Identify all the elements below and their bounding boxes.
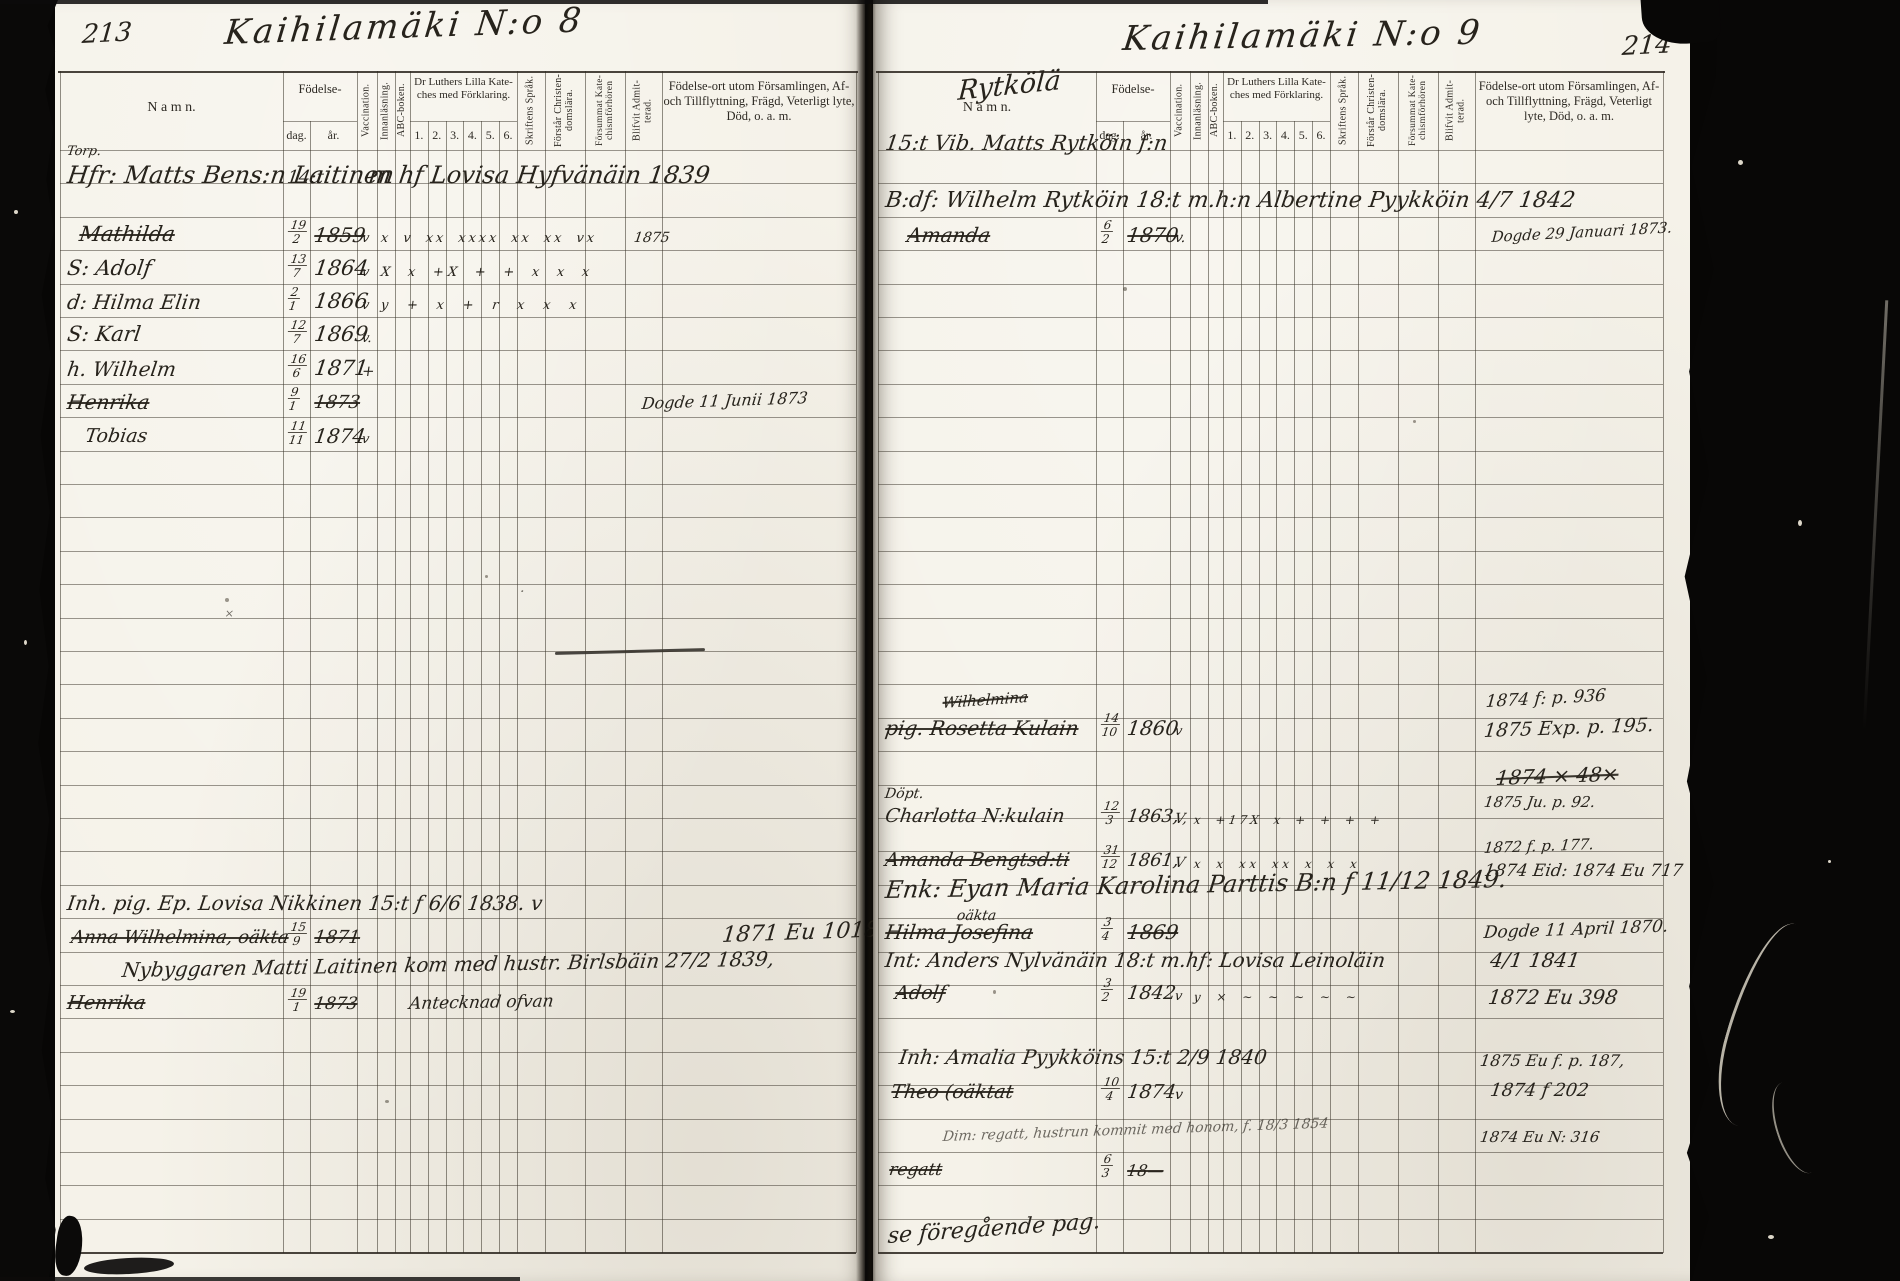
footer-note: se föregående pag. xyxy=(887,1211,1101,1248)
handwritten-entry: 1861, xyxy=(1126,852,1180,870)
grid-line xyxy=(60,150,856,151)
grid-line xyxy=(878,284,1663,285)
handwritten-entry: 1874 xyxy=(1126,1083,1177,1102)
grid-line xyxy=(1123,121,1124,1253)
handwritten-entry: Dim: regatt, hustrun kommit med honom, f… xyxy=(942,1116,1329,1144)
birth-date-fraction: 123 xyxy=(1099,800,1122,826)
handwritten-entry: 1874 f 202 xyxy=(1489,1082,1590,1100)
grid-line xyxy=(60,417,856,418)
handwritten-entry-struck: 1870 xyxy=(1126,225,1180,245)
grid-line xyxy=(60,818,856,819)
grid-line xyxy=(876,71,1665,73)
grid-line xyxy=(60,1085,856,1086)
fraction-numerator: 3 xyxy=(1101,977,1114,990)
column-header-innanlasning: Innanläsning. xyxy=(1190,73,1208,148)
katekes-col-4: 4. xyxy=(1276,128,1294,142)
grid-line xyxy=(878,1219,1663,1220)
handwritten-entry: v. xyxy=(1174,231,1187,245)
grid-line xyxy=(60,785,856,786)
grid-line xyxy=(446,121,447,1253)
grid-line xyxy=(878,1252,1663,1254)
column-header-abc: ABC-boken. xyxy=(1208,73,1223,148)
grid-line xyxy=(1259,121,1260,1253)
column-header-forstar: Förstår Christen-domslära. xyxy=(545,73,585,148)
handwritten-entry: V, xyxy=(1174,812,1188,826)
handwritten-entry: d: Hilma Elin xyxy=(66,292,202,312)
grid-line xyxy=(60,851,856,852)
grid-line xyxy=(60,584,856,585)
column-header-vaccination: Vaccination. xyxy=(1170,73,1190,148)
handwritten-entry: Charlotta N:kulain xyxy=(884,807,1066,826)
birth-date-fraction: 3112 xyxy=(1099,844,1122,870)
handwritten-entry: 14:t xyxy=(286,169,325,187)
grid-line xyxy=(60,217,856,218)
grid-line xyxy=(878,350,1663,351)
katekes-col-5: 5. xyxy=(481,128,499,142)
katekes-col-6: 6. xyxy=(499,128,517,142)
grid-line xyxy=(310,121,311,1253)
birth-date-fraction: 32 xyxy=(1099,977,1114,1003)
ledger-page-left: 213 Kaihilamäki N:o 8 N a m n.Födelse-da… xyxy=(55,0,865,1281)
column-header-innanlasning: Innanläsning. xyxy=(377,73,395,148)
column-header-fodelse: Födelse- xyxy=(1096,82,1170,97)
column-header-blifvit: Blifvit Admit-terad. xyxy=(625,73,662,148)
grid-line xyxy=(58,71,858,73)
grid-line xyxy=(60,618,856,619)
birth-date-fraction: 21 xyxy=(286,286,301,312)
ledger-page-right: 214 Kaihilamäki N:o 9 Rytkölä se föregåe… xyxy=(873,0,1690,1281)
page-title-left: Kaihilamäki N:o 8 xyxy=(223,3,586,50)
handwritten-entry: Torp. xyxy=(66,145,102,158)
fraction-numerator: 11 xyxy=(288,420,309,433)
handwritten-entry: m hf Lovisa Hyfvänäin 1839 xyxy=(367,163,711,187)
fraction-denominator: 1 xyxy=(288,399,297,412)
handwritten-entry-struck: 18— xyxy=(1126,1163,1165,1179)
fraction-numerator: 19 xyxy=(288,987,309,1000)
scan-scratch xyxy=(1702,914,1830,1136)
katekes-col-3: 3. xyxy=(1259,128,1277,142)
grid-line xyxy=(60,1152,856,1153)
grid-line xyxy=(428,121,429,1253)
column-header-katekes: Dr Luthers Lilla Kate-ches med Förklarin… xyxy=(1223,76,1330,102)
grid-line xyxy=(410,71,411,1253)
handwritten-entry: + xyxy=(361,364,376,379)
book-gutter xyxy=(856,0,876,1281)
birth-date-fraction: 192 xyxy=(286,219,309,245)
handwritten-entry-struck: Amanda xyxy=(906,225,992,245)
fraction-numerator: 10 xyxy=(1101,1076,1122,1089)
grid-line xyxy=(878,1152,1663,1153)
grid-line xyxy=(1663,71,1664,1253)
grid-line xyxy=(395,71,396,1253)
grid-line xyxy=(463,121,464,1253)
handwritten-entry: 1875 Exp. p. 195. xyxy=(1483,716,1655,741)
handwritten-entry-struck: pig. Rosetta Kulain xyxy=(884,718,1080,738)
grid-line xyxy=(1475,71,1476,1253)
grid-line xyxy=(878,517,1663,518)
grid-line xyxy=(60,651,856,652)
grid-line xyxy=(878,1018,1663,1019)
column-header-fodelseort: Födelse-ort utom Församlingen, Af- och T… xyxy=(662,79,856,123)
fraction-numerator: 16 xyxy=(288,353,309,366)
katekes-col-2: 2. xyxy=(428,128,446,142)
grid-line xyxy=(625,71,626,1253)
grid-line xyxy=(1096,71,1097,1253)
grid-line xyxy=(60,284,856,285)
handwritten-entry: 1874 Eu N: 316 xyxy=(1479,1130,1600,1145)
fraction-denominator: 3 xyxy=(1101,1166,1110,1179)
grid-line xyxy=(1096,121,1170,122)
handwritten-entry: V xyxy=(1174,856,1186,870)
grid-line xyxy=(878,651,1663,652)
grid-line xyxy=(1398,71,1399,1253)
grid-line xyxy=(60,71,61,1253)
column-header-namn: N a m n. xyxy=(878,100,1096,117)
grid-line xyxy=(1294,121,1295,1253)
scan-edge-right xyxy=(1678,0,1900,1281)
handwritten-entry: S: Karl xyxy=(66,324,142,345)
handwritten-entry: v. xyxy=(361,332,373,345)
grid-line xyxy=(1223,71,1224,1253)
fraction-numerator: 12 xyxy=(1101,800,1122,813)
grid-line xyxy=(517,71,518,1253)
fraction-numerator: 14 xyxy=(1101,712,1122,725)
grid-line xyxy=(60,1018,856,1019)
handwritten-entry-struck: Mathilda xyxy=(78,224,176,245)
grid-line xyxy=(60,918,856,919)
paper-speck xyxy=(1413,420,1416,423)
grid-line xyxy=(60,1185,856,1186)
page-number-left: 213 xyxy=(81,19,133,48)
handwritten-entry: 1874 f: p. 936 xyxy=(1485,688,1607,711)
grid-line xyxy=(878,71,879,1253)
handwritten-entry: y + x + r x x x xyxy=(380,299,582,312)
handwritten-entry-struck: Amanda Bengtsd:ti xyxy=(884,851,1071,870)
scan-scratch xyxy=(1863,300,1889,730)
fraction-denominator: 12 xyxy=(1101,857,1118,870)
grid-line xyxy=(60,250,856,251)
handwritten-entry: Dogde 11 Junii 1873 xyxy=(641,390,809,412)
handwritten-entry-struck: Theo (oäktat xyxy=(890,1083,1015,1102)
handwritten-entry: Inh. pig. Ep. Lovisa Nikkinen 15:t f 6/6… xyxy=(66,893,544,913)
column-header-ar: år. xyxy=(310,128,357,142)
grid-line xyxy=(1241,121,1242,1253)
handwritten-entry: X x +X + + x x x xyxy=(380,266,594,279)
katekes-col-1: 1. xyxy=(410,128,428,142)
fraction-numerator: 3 xyxy=(1101,916,1114,929)
handwritten-entry: Int: Anders Nylvänäin 18:t m.hf: Lovisa … xyxy=(884,950,1387,970)
katekes-col-2: 2. xyxy=(1241,128,1259,142)
grid-line xyxy=(60,751,856,752)
handwritten-entry: v xyxy=(361,433,370,446)
handwritten-entry: v xyxy=(1174,725,1183,738)
fraction-denominator: 4 xyxy=(1101,929,1110,942)
column-header-katekes: Dr Luthers Lilla Kate-ches med Förklarin… xyxy=(410,76,517,102)
handwritten-entry: 1875 Eu f. p. 187, xyxy=(1479,1053,1626,1069)
grid-line xyxy=(60,684,856,685)
handwritten-entry: Nybyggaren Matti Laitinen kom med hustr.… xyxy=(121,949,775,980)
grid-line xyxy=(878,417,1663,418)
grid-line xyxy=(878,484,1663,485)
fraction-numerator: 2 xyxy=(288,286,301,299)
grid-line xyxy=(357,71,358,1253)
fraction-denominator: 7 xyxy=(292,332,301,345)
column-header-fodelseort: Födelse-ort utom Församlingen, Af- och T… xyxy=(1475,79,1663,123)
grid-line xyxy=(878,317,1663,318)
fraction-numerator: 12 xyxy=(288,319,309,332)
handwritten-entry: 1842 xyxy=(1126,984,1177,1003)
handwritten-entry-struck: 1874 × 48× xyxy=(1495,764,1620,788)
grid-line xyxy=(60,551,856,552)
handwritten-entry: S: Adolf xyxy=(66,258,153,279)
handwritten-entry: 1875 xyxy=(633,231,671,245)
grid-line xyxy=(1358,71,1359,1253)
grid-line xyxy=(878,183,1663,184)
fraction-denominator: 4 xyxy=(1105,1089,1114,1102)
grid-line xyxy=(1170,71,1171,1253)
column-header-abc: ABC-boken. xyxy=(395,73,410,148)
grid-line xyxy=(1208,71,1209,1253)
fraction-denominator: 7 xyxy=(292,266,301,279)
handwritten-entry-struck: 1873 xyxy=(313,394,361,412)
grid-line xyxy=(878,551,1663,552)
handwritten-entry: 1874 Eid: 1874 Eu 717 xyxy=(1483,863,1684,880)
katekes-col-4: 4. xyxy=(463,128,481,142)
paper-speck xyxy=(225,598,229,602)
handwritten-entry: Dogde 29 Januari 1873. xyxy=(1491,221,1673,246)
birth-date-fraction: 159 xyxy=(286,921,309,947)
scan-bottom-edge xyxy=(0,1277,520,1281)
fraction-denominator: 2 xyxy=(1101,232,1110,245)
birth-date-fraction: 91 xyxy=(286,386,301,412)
grid-line xyxy=(60,885,856,886)
fraction-numerator: 6 xyxy=(1101,1153,1114,1166)
grid-line xyxy=(878,250,1663,251)
grid-line xyxy=(410,121,517,122)
column-header-skriftens: Skriftens Språk. xyxy=(1330,73,1358,148)
grid-line xyxy=(1276,121,1277,1253)
grid-line xyxy=(1223,121,1330,122)
handwritten-entry: Hfr: Matts Bens:n Laitinen xyxy=(66,163,396,187)
handwritten-entry: B:df: Wilhelm Rytköin 18:t m.h:n Alberti… xyxy=(884,190,1576,212)
grid-line xyxy=(545,71,546,1253)
birth-date-fraction: 166 xyxy=(286,353,309,379)
grid-line xyxy=(60,384,856,385)
grid-line xyxy=(60,451,856,452)
paper-speck xyxy=(485,575,488,578)
fraction-numerator: 31 xyxy=(1101,844,1122,857)
handwritten-entry: v xyxy=(361,299,370,312)
handwritten-entry-struck: 1871 xyxy=(313,929,361,947)
column-header-forsummat: Försummat Kate-chismförhören xyxy=(585,73,625,148)
scan-top-edge xyxy=(0,0,1268,4)
grid-line xyxy=(878,217,1663,218)
birth-date-fraction: 104 xyxy=(1099,1076,1122,1102)
grid-line xyxy=(60,1052,856,1053)
paper-speck xyxy=(385,1100,389,1103)
birth-date-fraction: 1410 xyxy=(1099,712,1122,738)
handwritten-entry: · xyxy=(519,585,525,599)
handwritten-entry-struck: Hilma Josefina xyxy=(884,922,1035,942)
birth-date-fraction: 63 xyxy=(1099,1153,1114,1179)
handwritten-entry: 15:t Vib. Matts Rytköin f:n xyxy=(884,133,1169,154)
fraction-denominator: 9 xyxy=(292,934,301,947)
birth-date-fraction: 127 xyxy=(286,319,309,345)
handwritten-entry: 1863, xyxy=(1126,808,1180,826)
column-header-dag: dag. xyxy=(283,128,310,142)
handwritten-entry: v xyxy=(1174,990,1183,1003)
grid-line xyxy=(481,121,482,1253)
handwritten-entry-struck: Henrika xyxy=(66,392,151,412)
handwritten-entry: Inh: Amalia Pyykköins 15:t 2/9 1840 xyxy=(898,1047,1268,1067)
grid-line xyxy=(60,317,856,318)
column-header-forstar: Förstår Christen-domslära. xyxy=(1358,73,1398,148)
grid-line xyxy=(60,484,856,485)
fraction-denominator: 11 xyxy=(288,433,305,446)
handwritten-entry: 1875 Ju. p. 92. xyxy=(1483,795,1596,810)
birth-date-fraction: 137 xyxy=(286,253,309,279)
column-header-skriftens: Skriftens Språk. xyxy=(517,73,545,148)
paper-speck xyxy=(993,990,996,994)
handwritten-entry: 4/1 1841 xyxy=(1489,950,1581,970)
column-header-fodelse: Födelse- xyxy=(283,82,357,97)
grid-line xyxy=(662,71,663,1253)
katekes-col-6: 6. xyxy=(1312,128,1330,142)
fraction-denominator: 2 xyxy=(292,232,301,245)
grid-line xyxy=(60,985,856,986)
grid-line xyxy=(60,350,856,351)
column-header-forsummat: Försummat Kate-chismförhören xyxy=(1398,73,1438,148)
handwritten-entry: 1872 Eu 398 xyxy=(1487,987,1619,1007)
grid-line xyxy=(878,684,1663,685)
handwritten-entry: 1872 f. p. 177. xyxy=(1483,837,1595,856)
grid-line xyxy=(1312,121,1313,1253)
handwritten-entry-struck: Henrika xyxy=(66,994,147,1013)
handwritten-entry: Enk: Eyan Maria Karolina Parttis B:n f 1… xyxy=(884,867,1508,902)
grid-line xyxy=(878,584,1663,585)
fraction-numerator: 19 xyxy=(288,219,309,232)
handwritten-entry: Tobias xyxy=(84,427,149,446)
handwritten-entry: × xyxy=(224,608,235,619)
grid-line xyxy=(878,618,1663,619)
grid-line xyxy=(60,517,856,518)
handwritten-entry: Antecknad ofvan xyxy=(408,994,555,1014)
grid-line xyxy=(878,1185,1663,1186)
handwritten-entry: 1874 xyxy=(313,426,367,446)
birth-date-fraction: 191 xyxy=(286,987,309,1013)
scan-edge-left xyxy=(0,0,58,1281)
katekes-col-5: 5. xyxy=(1294,128,1312,142)
fraction-denominator: 6 xyxy=(292,366,301,379)
column-header-blifvit: Blifvit Admit-terad. xyxy=(1438,73,1475,148)
handwritten-entry: x +17X x + + + + xyxy=(1193,814,1384,826)
grid-line xyxy=(878,751,1663,752)
grid-line xyxy=(499,121,500,1253)
handwritten-entry-struck: Anna Wilhelmina, oäkta xyxy=(70,929,290,947)
grid-line xyxy=(878,384,1663,385)
handwritten-entry: y × ~ ~ ~ ~ ~ xyxy=(1193,991,1360,1003)
handwritten-entry-struck: Wilhelmina xyxy=(942,690,1029,711)
handwritten-entry: v xyxy=(361,266,370,279)
grid-line xyxy=(60,1119,856,1120)
handwritten-entry: 1860 xyxy=(1126,718,1180,738)
column-header-namn: N a m n. xyxy=(60,100,283,117)
fraction-denominator: 1 xyxy=(292,1000,301,1013)
birth-date-fraction: 62 xyxy=(1099,219,1114,245)
fraction-denominator: 1 xyxy=(288,299,297,312)
grid-line xyxy=(283,71,284,1253)
fraction-numerator: 9 xyxy=(288,386,301,399)
handwritten-entry: v xyxy=(1174,1088,1184,1102)
katekes-col-3: 3. xyxy=(446,128,464,142)
grid-line xyxy=(585,71,586,1253)
scanned-ledger-spread: 213 Kaihilamäki N:o 8 N a m n.Födelse-da… xyxy=(0,0,1900,1281)
fraction-denominator: 10 xyxy=(1101,725,1118,738)
handwritten-entry-struck: 1859 xyxy=(313,225,367,245)
grid-line xyxy=(1330,71,1331,1253)
handwritten-entry-struck: Adolf xyxy=(894,984,947,1003)
handwritten-entry: h. Wilhelm xyxy=(66,359,177,379)
fraction-denominator: 3 xyxy=(1105,813,1114,826)
handwritten-entry-struck: 1869 xyxy=(1126,922,1180,942)
fraction-numerator: 6 xyxy=(1101,219,1114,232)
fraction-denominator: 2 xyxy=(1101,990,1110,1003)
birth-date-fraction: 1111 xyxy=(286,420,309,446)
column-header-vaccination: Vaccination. xyxy=(357,73,377,148)
grid-line xyxy=(60,1252,856,1254)
grid-line xyxy=(1190,71,1191,1253)
grid-line xyxy=(60,1219,856,1220)
grid-line xyxy=(60,718,856,719)
handwritten-entry: v xyxy=(361,232,370,245)
handwritten-entry: Dogde 11 April 1870. xyxy=(1483,918,1669,942)
grid-line xyxy=(878,451,1663,452)
handwritten-entry-struck: 1873 xyxy=(313,996,359,1013)
birth-date-fraction: 34 xyxy=(1099,916,1114,942)
grid-line xyxy=(377,71,378,1253)
handwritten-entry: x v xx xxxx xx xx vx xyxy=(380,232,598,245)
fraction-numerator: 15 xyxy=(288,921,309,934)
fraction-numerator: 13 xyxy=(288,253,309,266)
page-title-right: Kaihilamäki N:o 9 xyxy=(1121,16,1484,56)
grid-line xyxy=(1438,71,1439,1253)
katekes-col-1: 1. xyxy=(1223,128,1241,142)
handwritten-entry: Döpt. xyxy=(884,787,925,801)
grid-line xyxy=(283,121,357,122)
handwritten-entry-struck: regatt xyxy=(888,1162,943,1179)
